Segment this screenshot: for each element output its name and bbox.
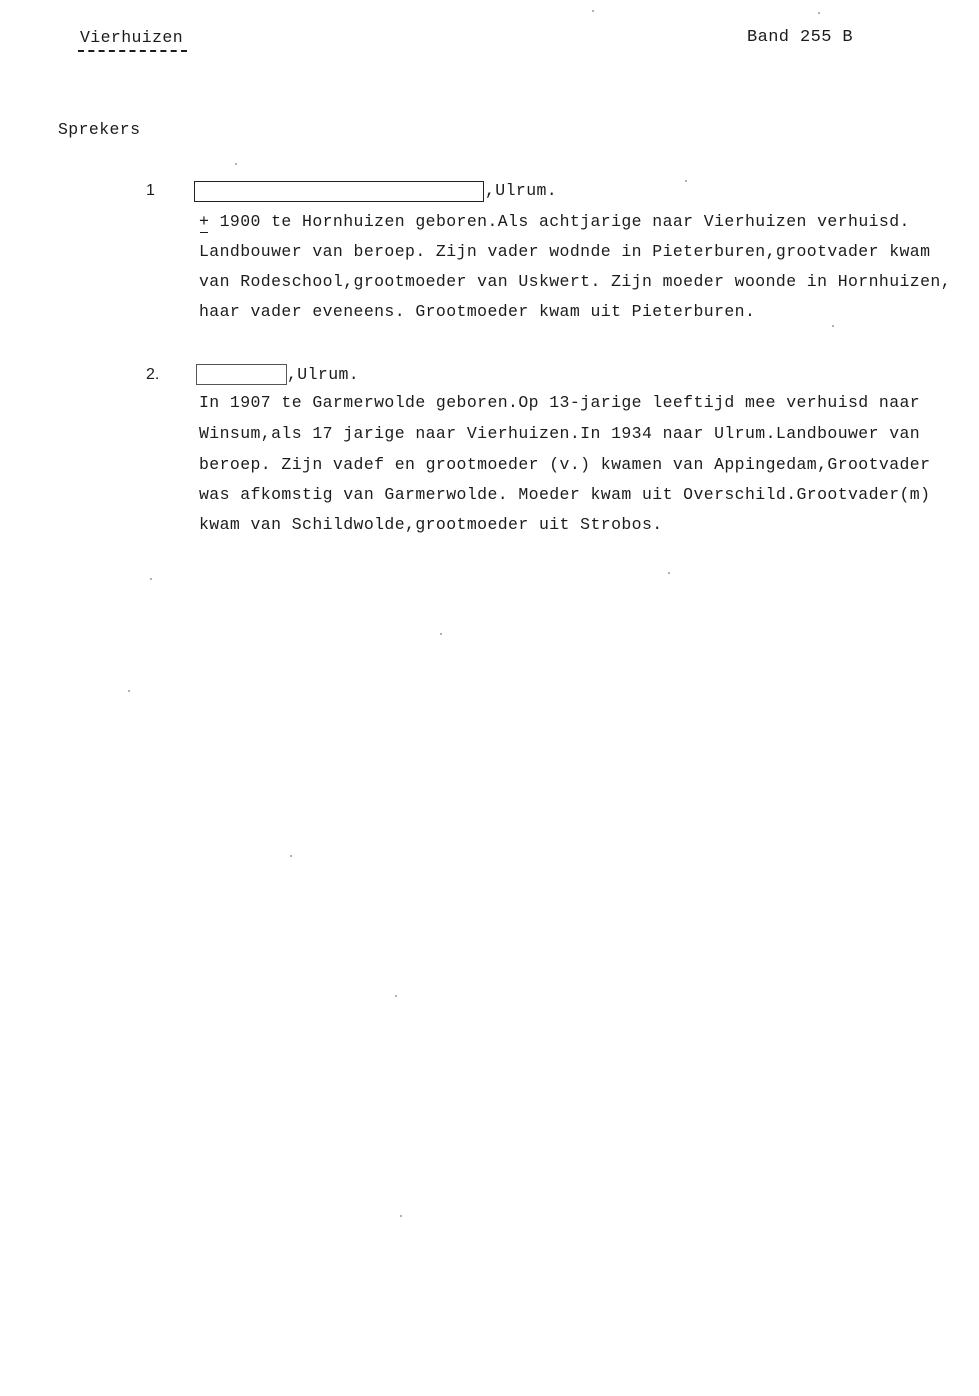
approx-sign: + [199, 212, 209, 231]
speaker-bio-line: + 1900 te Hornhuizen geboren.Als achtjar… [199, 212, 910, 231]
header-place: Vierhuizen [80, 28, 183, 47]
speaker-bio-line: haar vader eveneens. Grootmoeder kwam ui… [199, 302, 755, 321]
scan-speck [400, 1215, 402, 1217]
speaker-bio-line: kwam van Schildwolde,grootmoeder uit Str… [199, 515, 663, 534]
scan-speck [685, 180, 687, 182]
speaker-bio-line: was afkomstig van Garmerwolde. Moeder kw… [199, 485, 930, 504]
section-title: Sprekers [58, 120, 140, 139]
bio-text: 1900 te Hornhuizen geboren.Als achtjarig… [209, 212, 910, 231]
speaker-residence: ,Ulrum. [485, 181, 557, 200]
scan-speck [832, 325, 834, 327]
scan-speck [150, 578, 152, 580]
speaker-residence: ,Ulrum. [287, 365, 359, 384]
header-band: Band 255 B [747, 28, 853, 47]
speaker-bio-line: Landbouwer van beroep. Zijn vader wodnde… [199, 242, 930, 261]
speaker-number: 2. [146, 366, 159, 384]
document-page: Vierhuizen Band 255 B Sprekers 1 ,Ulrum.… [0, 0, 979, 1396]
speaker-bio-line: Winsum,als 17 jarige naar Vierhuizen.In … [199, 424, 920, 443]
speaker-bio-line: van Rodeschool,grootmoeder van Uskwert. … [199, 272, 951, 291]
speaker-bio-line: beroep. Zijn vadef en grootmoeder (v.) k… [199, 455, 930, 474]
speaker-number: 1 [146, 182, 155, 200]
redacted-name-box [194, 181, 484, 202]
scan-speck [818, 12, 820, 14]
scan-speck [592, 10, 594, 12]
speaker-bio-line: In 1907 te Garmerwolde geboren.Op 13-jar… [199, 393, 920, 412]
scan-speck [395, 995, 397, 997]
scan-speck [668, 572, 670, 574]
scan-speck [235, 163, 237, 165]
dashed-underline [78, 50, 187, 52]
scan-speck [290, 855, 292, 857]
scan-speck [440, 633, 442, 635]
redacted-name-box [196, 364, 287, 385]
place-title: Vierhuizen [80, 28, 183, 47]
scan-speck [128, 690, 130, 692]
